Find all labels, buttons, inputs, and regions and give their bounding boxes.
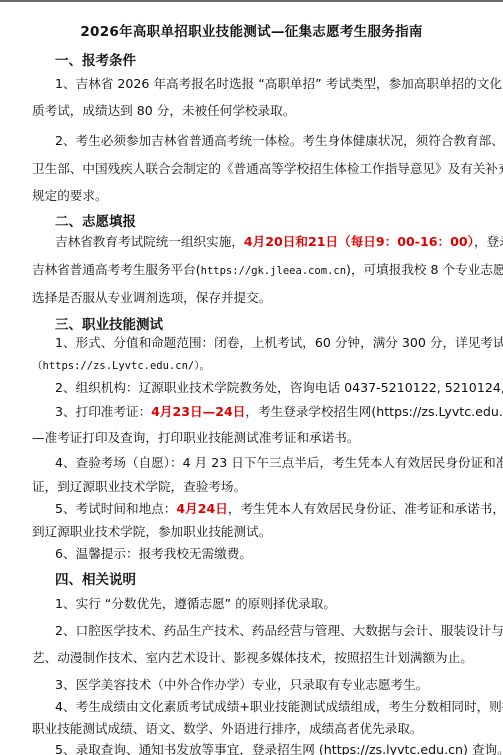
paragraph-line: 5、录取查询、通知书发放等事宜，登录招生网 (https://zs.lyvtc.… (55, 742, 503, 755)
paragraph-line: 选择是否服从专业调剂选项，保存并提交。 (32, 290, 271, 306)
url-link[interactable]: https://gk.jleea.com.cn (201, 265, 346, 277)
top-border (0, 0, 503, 2)
section-heading-3: 三、职业技能测试 (55, 313, 163, 333)
paragraph-line: 质考试，成绩达到 80 分，未被任何学校录取。 (32, 103, 295, 119)
paragraph-line: 卫生部、中国残疾人联合会制定的《普通高等学校招生体检工作指导意见》及有关补充 (32, 161, 503, 177)
highlight-date: 4月23日—24日 (151, 404, 245, 419)
paragraph-line: 证，到辽源职业技术学院，查验考场。 (32, 479, 246, 495)
paragraph-line: 2、组织机构：辽源职业技术学院教务处，咨询电话 0437-5210122, 52… (55, 380, 503, 396)
highlight-date: 4月20日和21日（每日9：00-16：00） (244, 234, 474, 249)
paragraph-line: 职业技能测试成绩、语文、数学、外语进行排序，成绩高者优先录取。 (32, 721, 422, 737)
paragraph-line: 4、考生成绩由文化素质考试成绩+职业技能测试成绩组成，考生分数相同时，则按 (55, 699, 503, 715)
paragraph-line: 3、打印准考证：4月23日—24日，考生登录学校招生网(https://zs.L… (55, 404, 503, 420)
text: ，登录 (474, 234, 503, 249)
url-line[interactable]: （https://zs.Lyvtc.edu.cn/）。 (32, 358, 210, 374)
page-title: 2026年高职单招职业技能测试—征集志愿考生服务指南 (0, 20, 503, 40)
text: 吉林省教育考试院统一组织实施， (55, 234, 244, 249)
paragraph-line: 规定的要求。 (32, 188, 108, 204)
text: 3、打印准考证： (55, 404, 151, 419)
paragraph-line: 1、吉林省 2026 年高考报名时选报 “高职单招” 考试类型，参加高职单招的文… (55, 76, 503, 92)
paragraph-line: 1、实行 “分数优先，遵循志愿” 的原则择优录取。 (55, 596, 336, 612)
paragraph-line: 5、考试时间和地点：4月24日，考生凭本人有效居民身份证、准考证和承诺书， (55, 501, 503, 517)
highlight-date: 4月24日 (176, 501, 227, 516)
paragraph-line: 到辽源职业技术学院，参加职业技能测试。 (32, 524, 271, 540)
paragraph-line: 吉林省普通高考考生服务平台(https://gk.jleea.com.cn)，可… (32, 262, 503, 279)
section-heading-1: 一、报考条件 (55, 49, 136, 69)
paragraph-line: 1、形式、分值和命题范围：闭卷，上机考试，60 分钟，满分 300 分，详见考试… (55, 335, 503, 351)
paragraph-line: 6、温馨提示：报考我校无需缴费。 (55, 546, 252, 562)
text: ，考生凭本人有效居民身份证、准考证和承诺书， (228, 501, 503, 516)
text: )，可填报我校 8 个专业志愿， (346, 262, 503, 277)
paragraph-line: 2、口腔医学技术、药品生产技术、药品经营与管理、大数据与会计、服装设计与工 (55, 623, 503, 639)
section-heading-2: 二、志愿填报 (55, 210, 136, 230)
paragraph-line: 吉林省教育考试院统一组织实施，4月20日和21日（每日9：00-16：00），登… (55, 234, 503, 250)
text: 5、考试时间和地点： (55, 501, 176, 516)
paragraph-line: 3、医学美容技术（中外合作办学）专业，只录取有专业志愿考生。 (55, 677, 428, 693)
paragraph-line: 4、查验考场（自愿）：4 月 23 日下午三点半后，考生凭本人有效居民身份证和准… (55, 455, 503, 471)
paragraph-line: 2、考生必须参加吉林省普通高考统一体检。考生身体健康状况，须符合教育部、原 (55, 133, 503, 149)
text: ，考生登录学校招生网(https://zs.Lyvtc.edu.cn/) (245, 404, 503, 419)
paragraph-line: 艺、动漫制作技术、室内艺术设计、影视多媒体技术，按照招生计划满额为止。 (32, 650, 473, 666)
section-heading-4: 四、相关说明 (55, 568, 136, 588)
text: 吉林省普通高考考生服务平台( (32, 262, 201, 277)
paragraph-line: —准考证打印及查询，打印职业技能测试准考证和承诺书。 (32, 430, 359, 446)
